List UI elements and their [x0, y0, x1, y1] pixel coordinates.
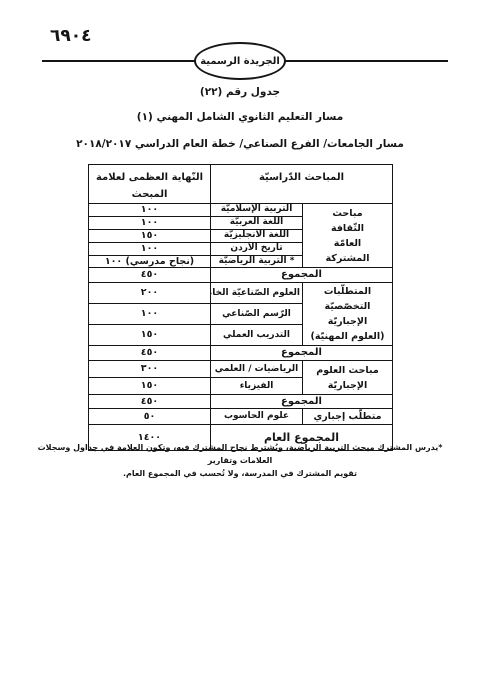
mark-cell: ٥٠	[89, 409, 211, 425]
footnote-text: *يدرس المشترك مبحث التربية الرياضية، ويُ…	[30, 441, 450, 480]
subjects-column-header: المباحث الدّراسيّة	[211, 165, 393, 204]
mark-cell: ٣٠٠	[89, 361, 211, 378]
gazette-name-badge: الجريدة الرسمية	[194, 42, 286, 80]
mark-cell: ٢٠٠	[89, 283, 211, 304]
marks-table: المباحث الدّراسيّة النّهاية العظمى لعلام…	[88, 164, 393, 451]
subject-cell: اللغة العربيّة	[211, 216, 303, 229]
gazette-name: الجريدة الرسمية	[200, 56, 280, 67]
table-number-title: جدول رقم (٢٢)	[0, 86, 480, 98]
subject-cell: الرّسم الصّناعي	[211, 304, 303, 325]
category-cell-specialized-requirements: المتطلّبات التخصّصيّة الإجباريّة (العلوم…	[303, 283, 393, 346]
max-mark-column-header: النّهاية العظمى لعلامة المبحث	[89, 165, 211, 204]
table-row: مباحث العلوم الإجباريّة الرياضيات / العل…	[89, 361, 393, 378]
total-label: المجموع	[211, 395, 393, 409]
marks-table-container: المباحث الدّراسيّة النّهاية العظمى لعلام…	[88, 164, 393, 451]
mark-cell: ١٠٠	[89, 216, 211, 229]
category-cell-common-culture: مباحث الثّقافة العامّة المشتركة	[303, 204, 393, 268]
table-row: متطلّب إجباري علوم الحاسوب ٥٠	[89, 409, 393, 425]
table-header-row: المباحث الدّراسيّة النّهاية العظمى لعلام…	[89, 165, 393, 204]
study-plan-title: مسار الجامعات/ الفرع الصناعي/ خطة العام …	[0, 138, 480, 150]
mark-cell: ١٠٠	[89, 242, 211, 255]
total-label: المجموع	[211, 268, 393, 283]
subject-cell: تاريخ الأردن	[211, 242, 303, 255]
total-value: ٤٥٠	[89, 346, 211, 361]
total-value: ٤٥٠	[89, 395, 211, 409]
gazette-page: ٦٩٠٤ الجريدة الرسمية جدول رقم (٢٢) مسار …	[0, 0, 480, 679]
page-number: ٦٩٠٤	[50, 26, 92, 46]
subject-cell: الفيزياء	[211, 378, 303, 395]
mark-cell: ١٥٠	[89, 325, 211, 346]
subject-cell: علوم الحاسوب	[211, 409, 303, 425]
total-row: المجموع ٤٥٠	[89, 268, 393, 283]
total-row: المجموع ٤٥٠	[89, 346, 393, 361]
mark-cell: ١٠٠	[89, 204, 211, 217]
category-cell-compulsory-requirement: متطلّب إجباري	[303, 409, 393, 425]
total-value: ٤٥٠	[89, 268, 211, 283]
subject-cell: اللغة الانجليزيّة	[211, 229, 303, 242]
mark-cell: ١٥٠	[89, 378, 211, 395]
subject-cell: الرياضيات / العلمي	[211, 361, 303, 378]
education-track-title: مسار التعليم الثانوي الشامل المهني (١)	[0, 111, 480, 123]
mark-cell: ١٥٠	[89, 229, 211, 242]
table-row: المتطلّبات التخصّصيّة الإجباريّة (العلوم…	[89, 283, 393, 304]
mark-cell: ١٠٠	[89, 304, 211, 325]
mark-cell: (نجاح مدرسي) ١٠٠	[89, 255, 211, 268]
subject-cell: العلوم الصّناعيّة الخاصّة	[211, 283, 303, 304]
subject-cell: التدريب العملي	[211, 325, 303, 346]
subject-cell: * التربية الرياضيّة	[211, 255, 303, 268]
total-row: المجموع ٤٥٠	[89, 395, 393, 409]
table-row: مباحث الثّقافة العامّة المشتركة التربية …	[89, 204, 393, 217]
subject-cell: التربية الإسلاميّة	[211, 204, 303, 217]
total-label: المجموع	[211, 346, 393, 361]
category-cell-compulsory-science: مباحث العلوم الإجباريّة	[303, 361, 393, 395]
